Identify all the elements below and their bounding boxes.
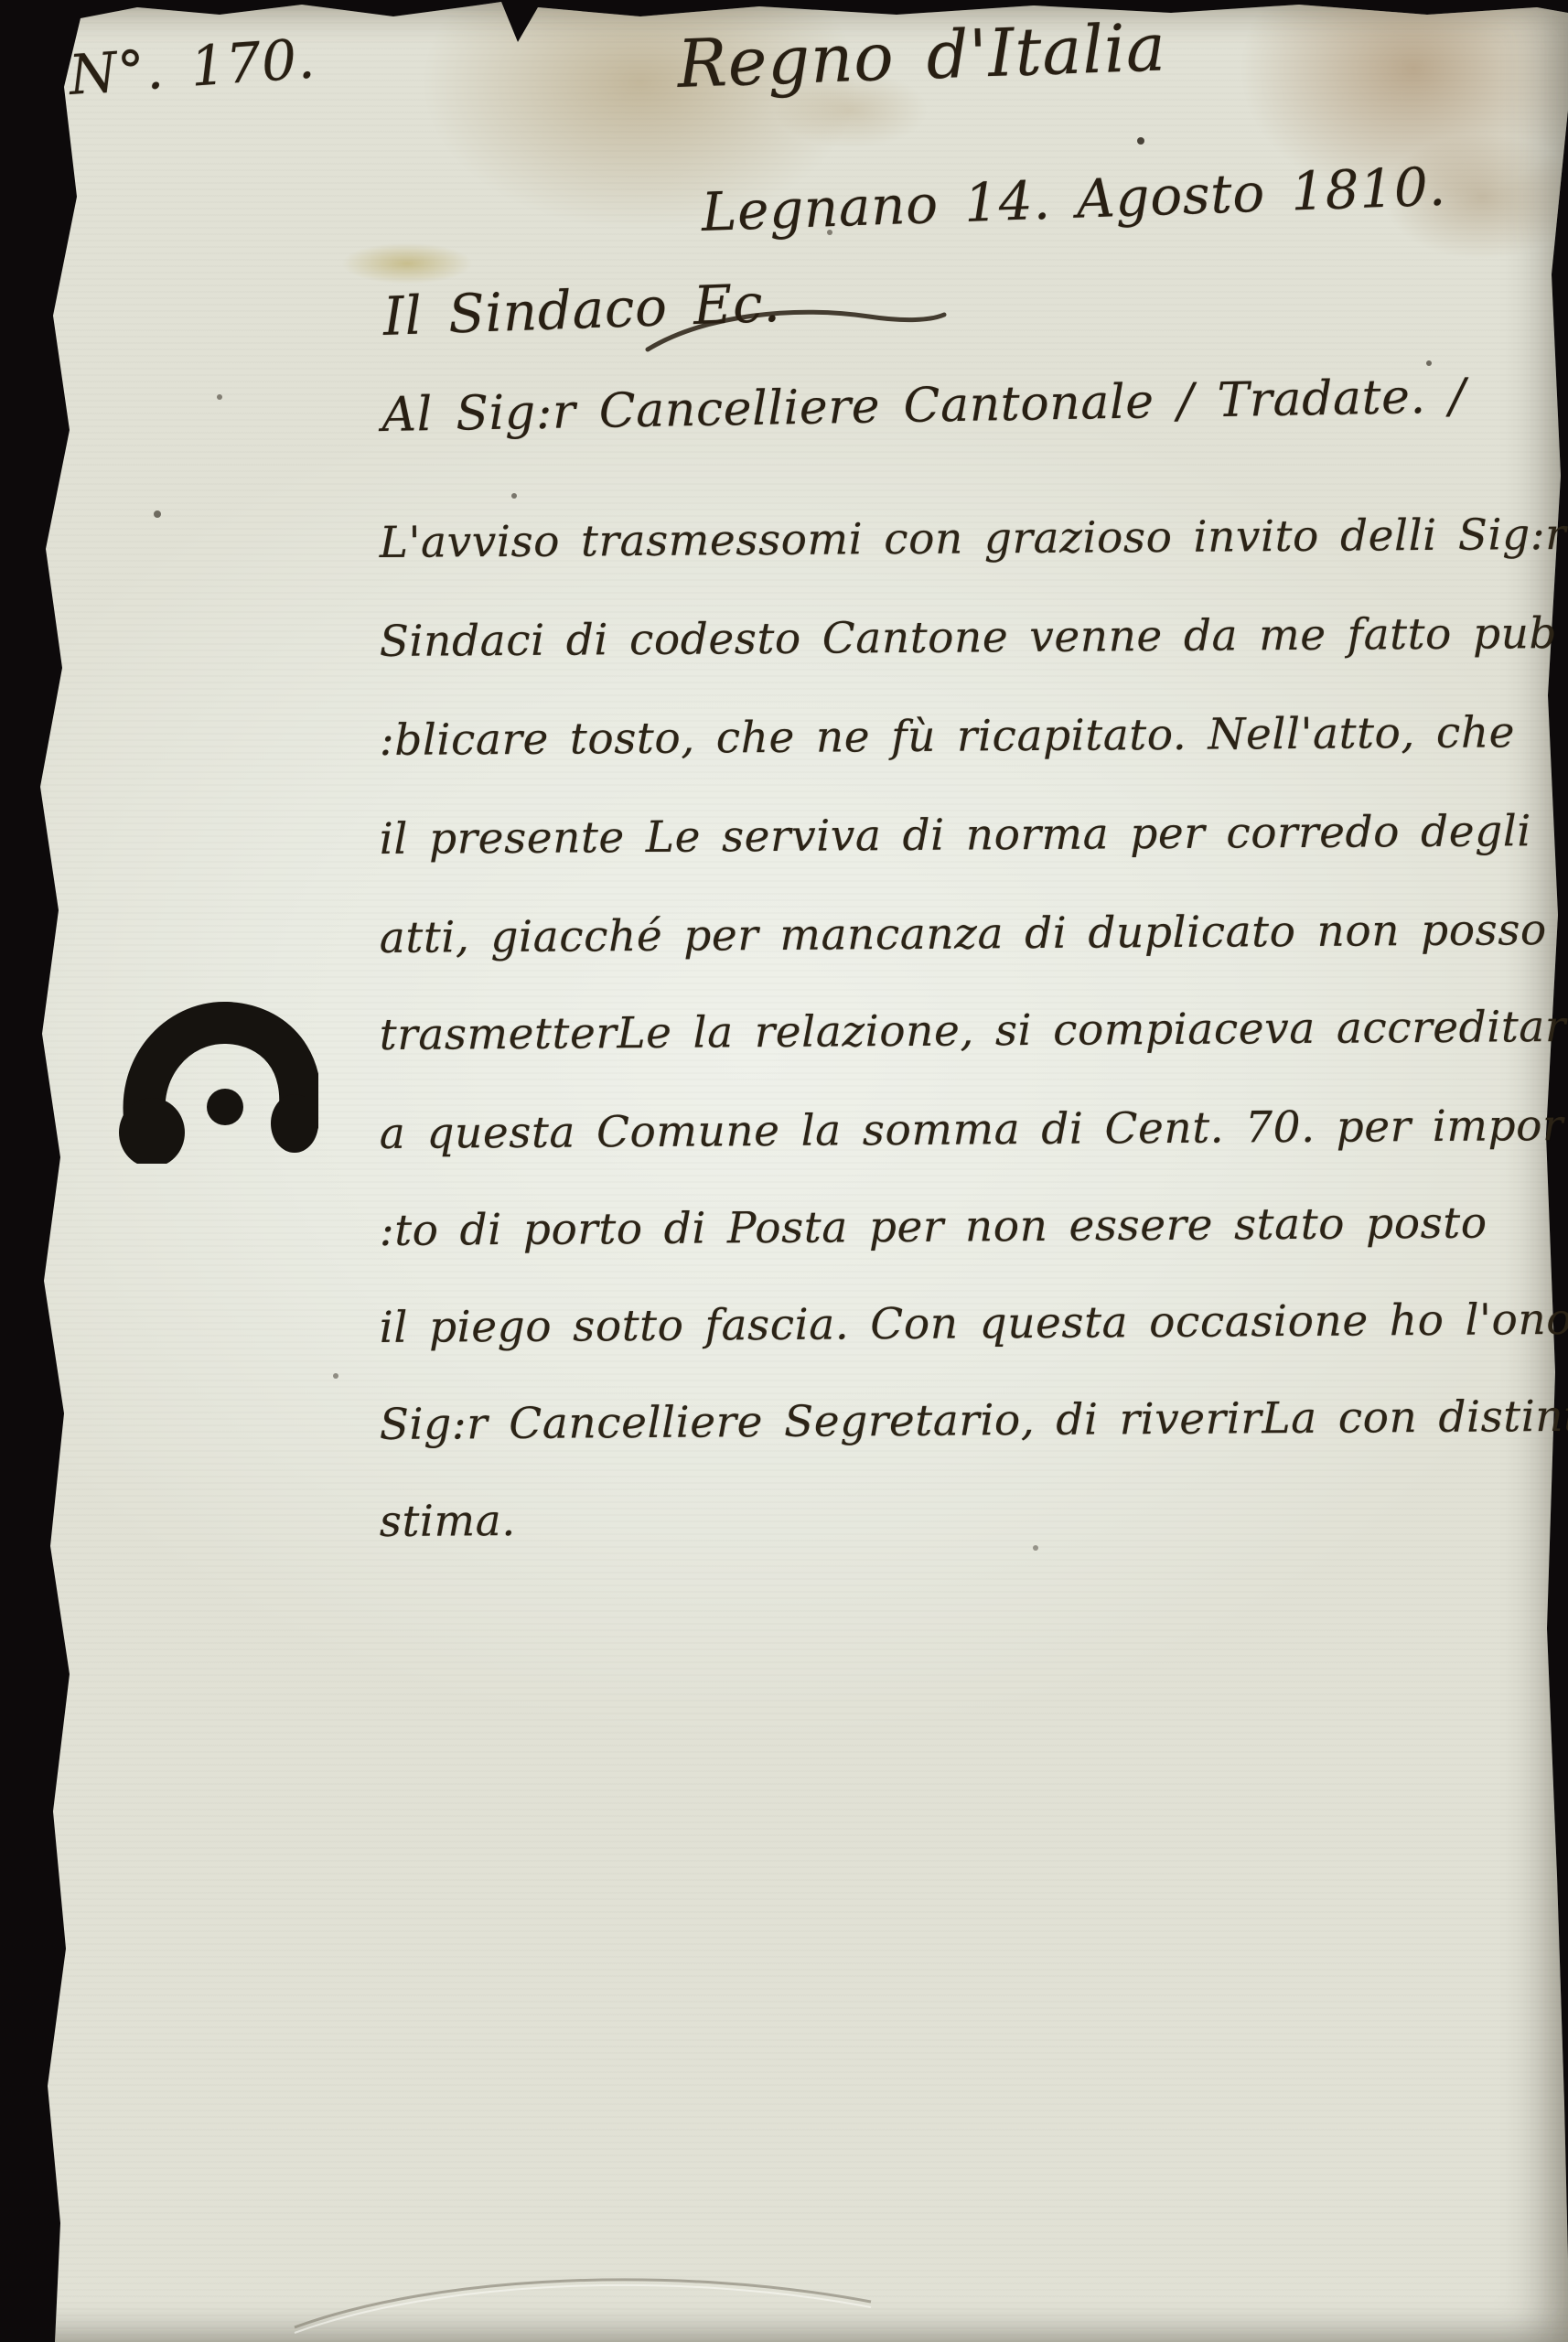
ink-blot <box>117 999 318 1164</box>
closing-line: stima. <box>380 1496 516 1547</box>
body-line-4: il presente Le serviva di norma per corr… <box>380 806 1532 865</box>
body-line-2: Sindaci di codesto Cantone venne da me f… <box>380 608 1558 667</box>
body-line-1: L'avviso trasmessomi con grazioso invito… <box>380 510 1568 568</box>
body-line-9: il piego sotto fascia. Con questa occasi… <box>380 1294 1568 1353</box>
ink-specks <box>0 0 4 4</box>
paper-crease <box>293 2261 878 2342</box>
body-line-6: trasmetterLe la relazione, si compiaceva… <box>380 1002 1568 1060</box>
body-line-8: :to di porto di Posta per non essere sta… <box>380 1198 1487 1256</box>
body-line-3: :blicare tosto, che ne fù ricapitato. Ne… <box>380 707 1516 766</box>
body-line-10: Sig:r Cancelliere Segretario, di riverir… <box>380 1391 1568 1450</box>
body-line-7: a questa Comune la somma di Cent. 70. pe… <box>380 1101 1564 1159</box>
pen-flourish <box>640 302 951 366</box>
manuscript-scan: N°. 170. Regno d'Italia Legnano 14. Agos… <box>0 0 1568 2342</box>
body-line-5: atti, giacché per mancanza di duplicato … <box>380 905 1547 963</box>
